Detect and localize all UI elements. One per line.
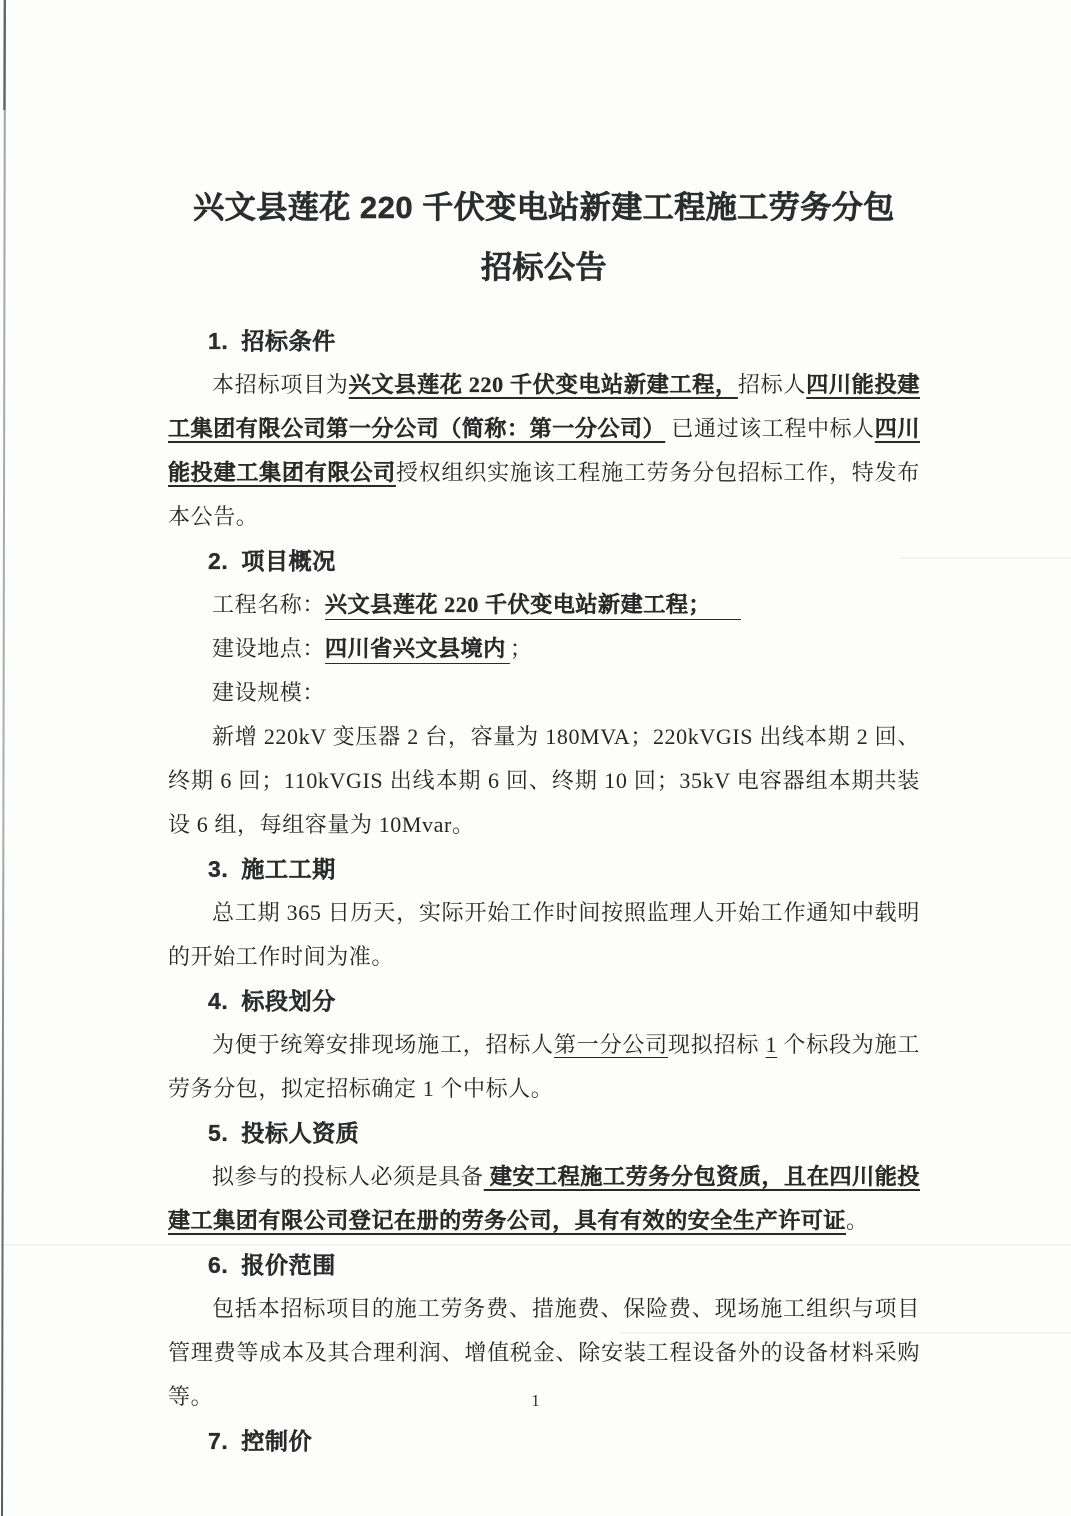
heading-text: 施工工期	[241, 856, 335, 882]
project-location-value: 四川省兴文县境内	[325, 635, 510, 664]
text-segment: 招标人	[738, 372, 806, 397]
heading-number: 1.	[208, 328, 228, 354]
document-title: 兴文县莲花 220 千伏变电站新建工程施工劳务分包 招标公告	[168, 178, 920, 298]
section-heading-3: 3.施工工期	[168, 847, 920, 891]
s4-paragraph: 为便于统筹安排现场施工，招标人第一分公司现拟招标 1 个标段为施工劳务分包，拟定…	[168, 1023, 920, 1111]
heading-text: 控制价	[241, 1428, 312, 1454]
s3-paragraph: 总工期 365 日历天，实际开始工作时间按照监理人开始工作通知中载明的开始工作时…	[168, 891, 920, 979]
text-segment: ；	[510, 636, 533, 661]
heading-number: 4.	[208, 988, 228, 1014]
project-name-value: 兴文县莲花 220 千伏变电站新建工程；	[325, 591, 741, 620]
section-heading-4: 4.标段划分	[168, 979, 920, 1023]
heading-number: 6.	[208, 1252, 228, 1278]
heading-text: 招标条件	[241, 328, 335, 354]
section-heading-6: 6.报价范围	[168, 1243, 920, 1287]
text-segment: 现拟招标	[668, 1032, 766, 1057]
section-heading-5: 5.投标人资质	[168, 1111, 920, 1155]
heading-text: 标段划分	[241, 988, 335, 1014]
document-page: 兴文县莲花 220 千伏变电站新建工程施工劳务分包 招标公告 1.招标条件 本招…	[0, 0, 1071, 1516]
text-segment: 本招标项目为	[212, 372, 349, 397]
heading-number: 2.	[208, 548, 228, 574]
text-segment: 拟参与的投标人必须是具备	[212, 1164, 484, 1189]
scan-streak	[900, 557, 1071, 559]
section-heading-1: 1.招标条件	[168, 319, 920, 363]
text-segment: 为便于统筹安排现场施工，招标人	[212, 1032, 554, 1057]
heading-number: 5.	[208, 1120, 228, 1146]
project-scale-paragraph: 新增 220kV 变压器 2 台，容量为 180MVA；220kVGIS 出线本…	[168, 715, 920, 847]
title-line-2: 招标公告	[168, 238, 920, 298]
text-segment: 已通过该工程中标人	[665, 416, 875, 441]
text-segment: 。	[846, 1208, 869, 1233]
heading-text: 报价范围	[241, 1252, 335, 1278]
title-line-1: 兴文县莲花 220 千伏变电站新建工程施工劳务分包	[168, 178, 920, 238]
heading-number: 7.	[208, 1428, 228, 1454]
underlined-segment: 兴文县莲花 220 千伏变电站新建工程，	[349, 372, 738, 397]
project-scale-label-line: 建设规模：	[168, 671, 920, 715]
heading-text: 项目概况	[241, 548, 335, 574]
scan-artifact-line	[0, 0, 10, 1516]
field-label: 建设规模：	[212, 680, 325, 705]
document-content: 兴文县莲花 220 千伏变电站新建工程施工劳务分包 招标公告 1.招标条件 本招…	[168, 0, 920, 1463]
field-label: 建设地点：	[212, 636, 325, 661]
field-label: 工程名称：	[212, 592, 325, 617]
document-body: 1.招标条件 本招标项目为兴文县莲花 220 千伏变电站新建工程，招标人四川能投…	[168, 319, 920, 1463]
section-heading-2: 2.项目概况	[168, 539, 920, 583]
s5-paragraph: 拟参与的投标人必须是具备 建安工程施工劳务分包资质，且在四川能投建工集团有限公司…	[168, 1155, 920, 1243]
underlined-segment: 第一分公司	[554, 1032, 668, 1057]
section-heading-7: 7.控制价	[168, 1419, 920, 1463]
heading-text: 投标人资质	[241, 1120, 359, 1146]
project-name-line: 工程名称：兴文县莲花 220 千伏变电站新建工程；	[168, 583, 920, 627]
underlined-segment: 1	[765, 1032, 777, 1057]
project-location-line: 建设地点：四川省兴文县境内；	[168, 627, 920, 671]
heading-number: 3.	[208, 856, 228, 882]
s1-paragraph: 本招标项目为兴文县莲花 220 千伏变电站新建工程，招标人四川能投建工集团有限公…	[168, 363, 920, 539]
page-number: 1	[0, 1390, 1071, 1412]
